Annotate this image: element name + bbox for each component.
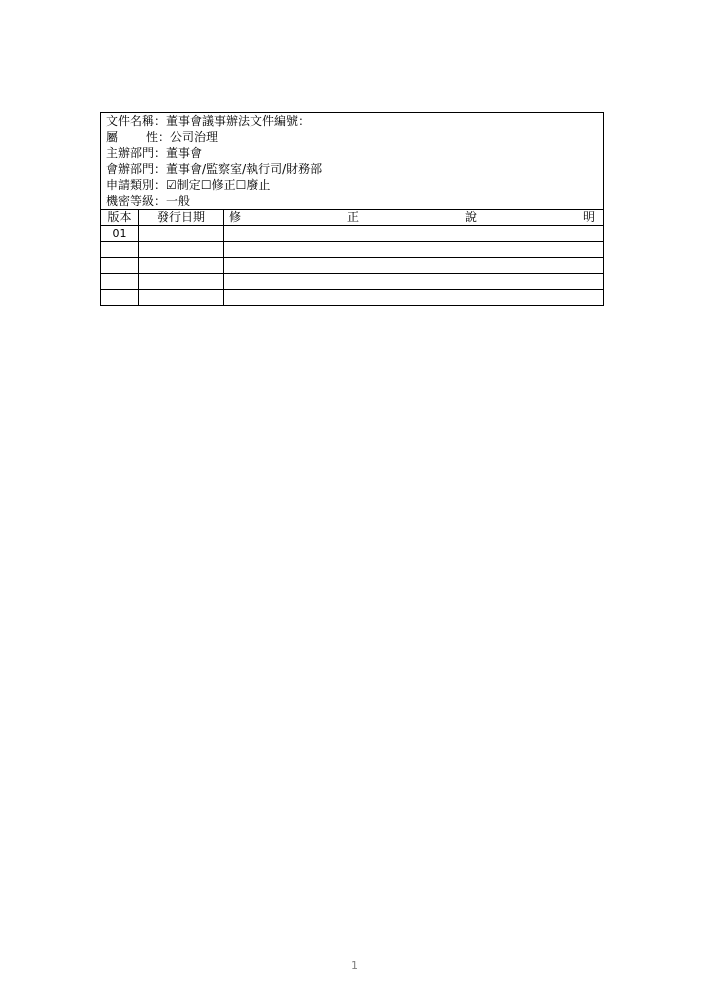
owner-dept-label: 主辦部門 (106, 146, 154, 160)
secrecy-label: 機密等級 (106, 194, 154, 208)
date-cell (139, 290, 224, 306)
description-cell (224, 290, 604, 306)
apply-option-enact[interactable]: ☑制定 (166, 178, 201, 192)
unchecked-box-icon[interactable]: ☐ (201, 178, 212, 192)
date-cell (139, 226, 224, 242)
apply-option-abolish[interactable]: ☐廢止 (236, 178, 271, 192)
table-row (101, 242, 604, 258)
doc-name-label: 文件名稱 (106, 114, 154, 128)
attribute-line: 屬性：公司治理 (106, 129, 603, 145)
version-cell (101, 290, 139, 306)
version-cell (101, 274, 139, 290)
revision-description-header: 修 正 說 明 (224, 210, 604, 226)
attribute-value: 公司治理 (170, 130, 218, 144)
date-cell (139, 258, 224, 274)
version-cell (101, 258, 139, 274)
version-cell: 01 (101, 226, 139, 242)
issue-date-header: 發行日期 (139, 210, 224, 226)
checked-box-icon[interactable]: ☑ (166, 178, 177, 192)
date-cell (139, 242, 224, 258)
doc-no-label: 文件編號 (250, 114, 298, 128)
document-info-block: 文件名稱：董事會議事辦法文件編號： 屬性：公司治理 主辦部門：董事會 會辦部門：… (101, 113, 604, 210)
attribute-label: 屬性 (106, 129, 158, 145)
apply-type-line: 申請類別：☑制定☐修正☐廢止 (106, 177, 603, 193)
date-cell (139, 274, 224, 290)
table-row (101, 258, 604, 274)
secrecy-value: 一般 (166, 194, 190, 208)
page-number: 1 (0, 959, 709, 972)
unchecked-box-icon[interactable]: ☐ (236, 178, 247, 192)
table-row (101, 290, 604, 306)
apply-option-amend[interactable]: ☐修正 (201, 178, 236, 192)
secrecy-line: 機密等級：一般 (106, 193, 603, 209)
owner-dept-line: 主辦部門：董事會 (106, 145, 603, 161)
revision-header-row: 版本 發行日期 修 正 說 明 (101, 210, 604, 226)
doc-name-value: 董事會議事辦法 (166, 114, 250, 128)
apply-type-label: 申請類別 (106, 178, 154, 192)
description-cell (224, 274, 604, 290)
version-header: 版本 (101, 210, 139, 226)
description-cell (224, 242, 604, 258)
description-cell (224, 226, 604, 242)
co-dept-label: 會辦部門 (106, 162, 154, 176)
doc-name-line: 文件名稱：董事會議事辦法文件編號： (106, 113, 603, 129)
version-cell (101, 242, 139, 258)
owner-dept-value: 董事會 (166, 146, 202, 160)
table-row (101, 274, 604, 290)
document-control-table: 文件名稱：董事會議事辦法文件編號： 屬性：公司治理 主辦部門：董事會 會辦部門：… (100, 112, 604, 306)
co-dept-line: 會辦部門：董事會/監察室/執行司/財務部 (106, 161, 603, 177)
co-dept-value: 董事會/監察室/執行司/財務部 (166, 162, 322, 176)
description-cell (224, 258, 604, 274)
table-row: 01 (101, 226, 604, 242)
